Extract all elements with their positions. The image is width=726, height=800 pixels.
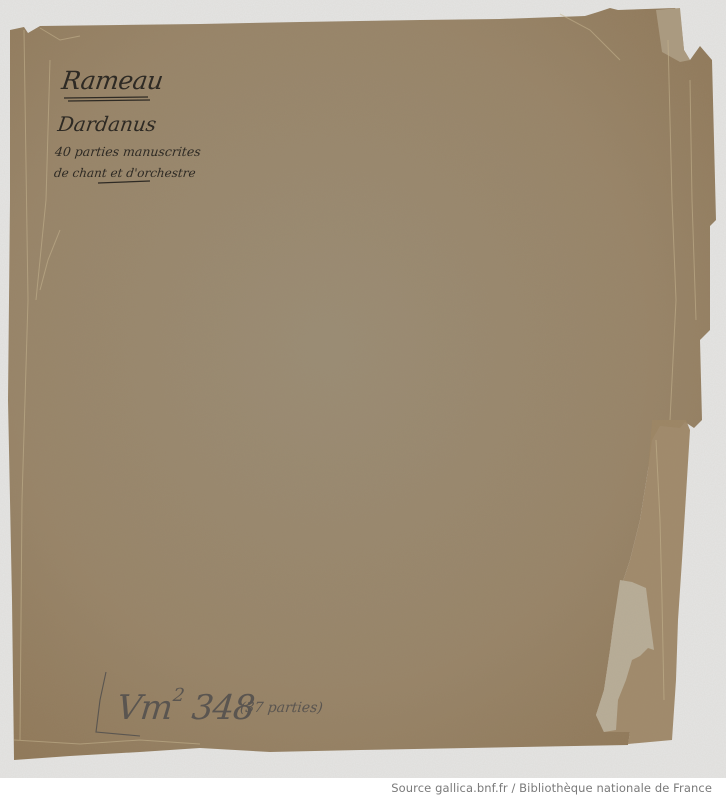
- call-number-pencil: Vm2 348: [115, 688, 256, 728]
- composer-name-handwriting: Rameau: [60, 66, 165, 95]
- description-line-1: 40 parties manuscrites: [54, 144, 201, 159]
- call-number-superscript: 2: [172, 685, 185, 706]
- call-number-prefix: Vm: [115, 688, 174, 728]
- parts-count-note: (37 parties): [239, 700, 323, 716]
- source-caption-bar: Source gallica.bnf.fr / Bibliothèque nat…: [0, 778, 726, 800]
- source-caption: Source gallica.bnf.fr / Bibliothèque nat…: [391, 781, 712, 795]
- description-line-2: de chant et d'orchestre: [53, 166, 196, 180]
- work-title-handwriting: Dardanus: [56, 112, 158, 136]
- scan-viewport: Rameau Dardanus 40 parties manuscrites d…: [0, 0, 726, 778]
